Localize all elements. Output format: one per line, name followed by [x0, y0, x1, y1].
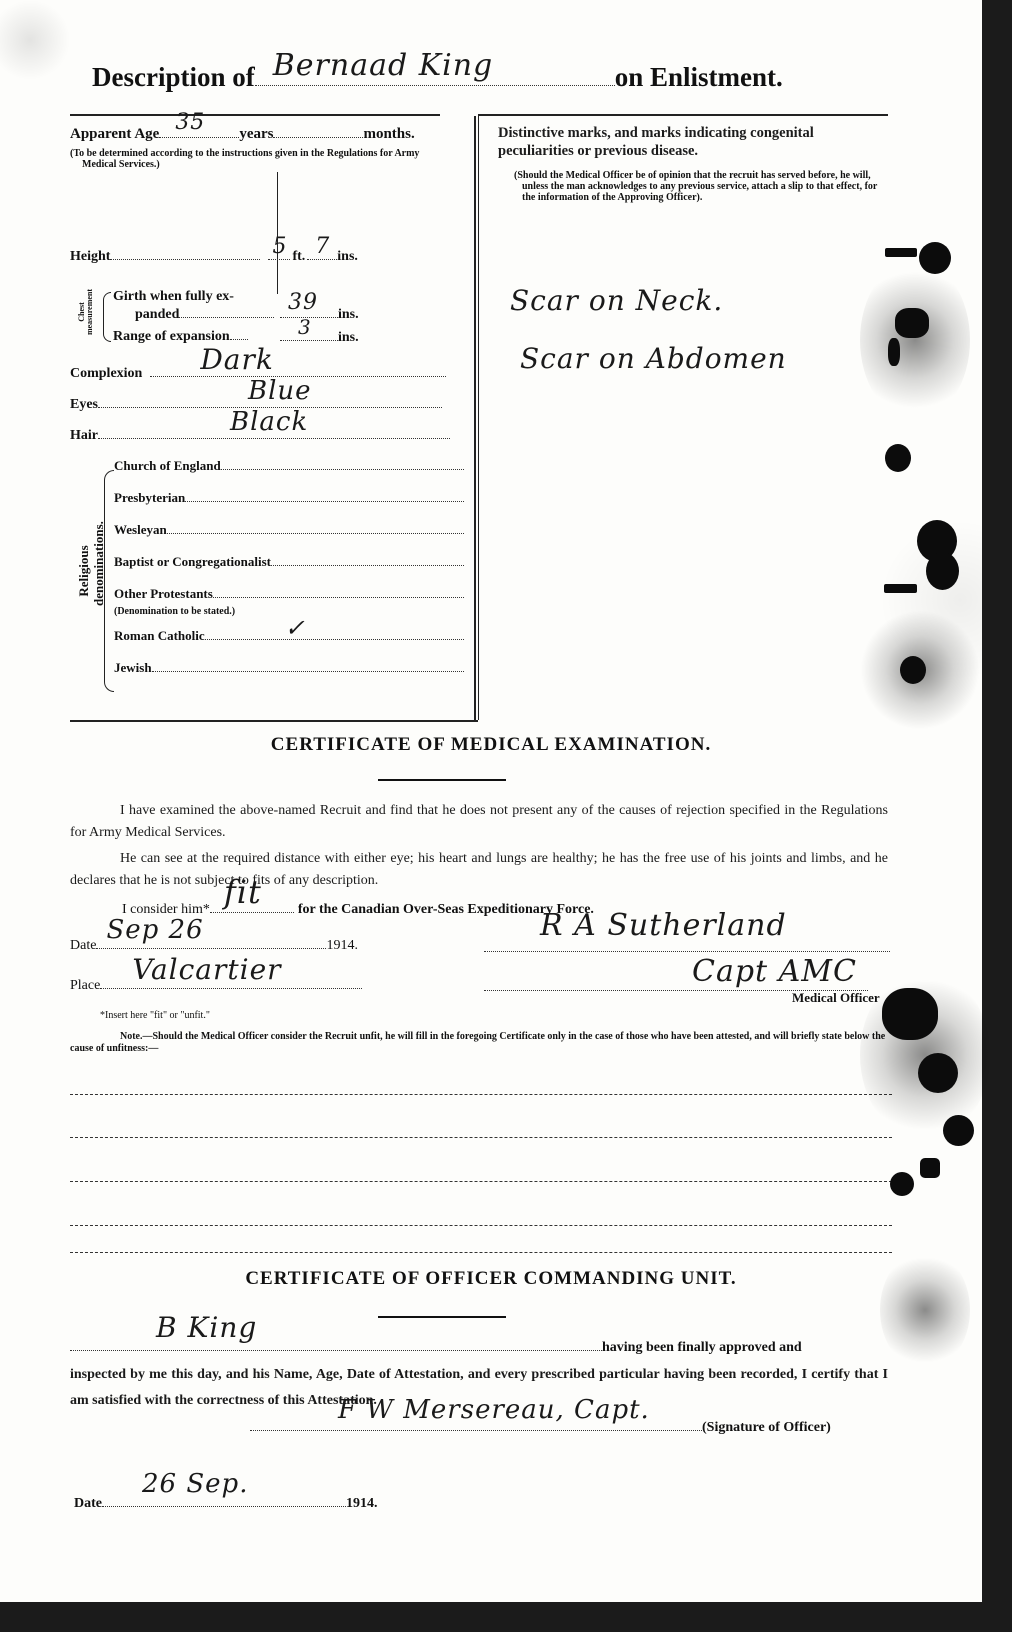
commanding-title-rule [378, 1316, 506, 1318]
years-label: years [239, 126, 273, 143]
religion-option: Jewish [114, 660, 464, 676]
medical-year: 1914. [326, 938, 358, 954]
religion-option-label: Other Protestants [114, 586, 213, 602]
age-field: 35 [159, 124, 239, 138]
religion-option-field [213, 588, 464, 598]
place-row: Place Valcartier [70, 978, 362, 994]
hair-row: Hair Black [70, 428, 450, 444]
unfitness-line-3 [70, 1181, 892, 1182]
apparent-age-row: Apparent Age 35 years months. [70, 124, 415, 143]
age-value: 35 [175, 110, 205, 135]
religion-option: Presbyterian [114, 490, 464, 506]
height-ft-value: 5 [272, 234, 287, 259]
religion-option: Baptist or Congregationalist [114, 554, 464, 570]
range-value-row: 3 ins. [280, 329, 359, 346]
age-note: (To be determined according to the instr… [70, 148, 450, 170]
insert-note: *Insert here "fit" or "unfit." [100, 1010, 210, 1021]
left-bottom-rule [70, 720, 478, 722]
medical-officer-signature: R A Sutherland [540, 908, 787, 943]
place-label: Place [70, 978, 100, 994]
height-label: Height [70, 249, 110, 265]
top-rule-right [478, 114, 888, 116]
religion-option: Other Protestants [114, 586, 464, 602]
column-divider-inner [478, 116, 479, 720]
recruit-name-value: Bernaad King [273, 48, 494, 83]
religion-option-field [271, 556, 464, 566]
girth-dots [179, 308, 274, 318]
title-suffix: on Enlistment. [615, 62, 783, 92]
religion-option-field [221, 460, 464, 470]
height-row: Height 5 ft. 7 ins. [70, 248, 358, 265]
distinctive-mark-entry: Scar on Abdomen [520, 342, 787, 375]
religion-option-label: Jewish [114, 660, 152, 676]
hair-field: Black [98, 429, 450, 439]
measure-divider [277, 172, 278, 294]
unfitness-line-1 [70, 1094, 892, 1095]
height-dots [110, 248, 260, 260]
religion-option-label: Church of England [114, 458, 221, 474]
signature-of-officer-label: (Signature of Officer) [702, 1420, 831, 1436]
chest-group-label: Chest measurement [78, 282, 94, 342]
height-ft-field: 5 [268, 248, 290, 260]
medical-officer-rank: Capt AMC [692, 954, 857, 989]
months-field [273, 124, 363, 138]
fitness-value: fit [224, 873, 262, 911]
medical-date-value: Sep 26 [106, 915, 203, 945]
religion-option-label: Presbyterian [114, 490, 185, 506]
religion-option: Church of England [114, 458, 464, 474]
recruit-signature-field: B King [70, 1341, 602, 1351]
unfitness-line-2 [70, 1137, 892, 1138]
other-protestants-note: (Denomination to be stated.) [114, 606, 235, 617]
officer-signature: F W Mersereau, Capt. [338, 1395, 650, 1425]
months-label: months. [363, 126, 414, 143]
place-value: Valcartier [132, 953, 281, 986]
unfitness-line-5 [70, 1252, 892, 1253]
girth-value: 39 [288, 290, 318, 315]
chest-label-group: Chest measurement [70, 282, 100, 342]
medical-certificate-title: CERTIFICATE OF MEDICAL EXAMINATION. [0, 734, 982, 756]
commanding-certificate-title: CERTIFICATE OF OFFICER COMMANDING UNIT. [0, 1268, 982, 1290]
girth-ins-label: ins. [338, 307, 359, 323]
religion-option-field [152, 662, 464, 672]
medical-date-field: Sep 26 [96, 939, 326, 949]
commanding-date-label: Date [74, 1496, 102, 1512]
range-dots [230, 330, 248, 340]
officer-signature-field: F W Mersereau, Capt. [250, 1421, 702, 1431]
religion-label-line1: Religious [76, 536, 91, 606]
commanding-date-field: 26 Sep. [102, 1497, 346, 1507]
religion-option: Wesleyan [114, 522, 464, 538]
recruit-name-field: Bernaad King [255, 60, 615, 86]
hair-label: Hair [70, 428, 98, 444]
ins-label: ins. [337, 249, 358, 265]
range-ins-label: ins. [338, 330, 359, 346]
religion-group-label: Religious denominations. [76, 536, 106, 606]
form-title: Description ofBernaad Kingon Enlistment. [92, 60, 783, 93]
religion-option: Roman Catholic✓ [114, 628, 464, 644]
religion-option-label: Wesleyan [114, 522, 167, 538]
unfitness-note: Note.—Should the Medical Officer conside… [70, 1031, 888, 1055]
medical-paragraph-2: He can see at the required distance with… [70, 848, 888, 892]
commanding-year: 1914. [346, 1496, 378, 1512]
religion-option-mark: ✓ [285, 614, 306, 642]
range-value: 3 [298, 315, 312, 339]
religion-option-field: ✓ [205, 630, 464, 640]
medical-title-rule [378, 779, 506, 781]
commanding-date-value: 26 Sep. [142, 1469, 248, 1499]
recruit-approval-row: B King having been finally approved and [70, 1340, 802, 1356]
height-in-field: 7 [307, 248, 337, 260]
unfitness-line-4 [70, 1225, 892, 1226]
range-field: 3 [280, 329, 338, 341]
hair-value: Black [230, 407, 308, 437]
title-prefix: Description of [92, 62, 255, 92]
girth-value-row: 39 ins. [280, 306, 359, 323]
officer-signature-row: F W Mersereau, Capt. (Signature of Offic… [250, 1420, 831, 1436]
distinctive-marks-heading: Distinctive marks, and marks indicating … [498, 124, 888, 160]
fitness-field: fit [210, 903, 294, 913]
chest-brace [103, 292, 111, 342]
eyes-value: Blue [248, 376, 312, 406]
complexion-value: Dark [200, 343, 274, 376]
distinctive-marks-note: (Should the Medical Officer be of opinio… [498, 170, 888, 203]
height-in-value: 7 [315, 234, 330, 259]
ft-label: ft. [292, 249, 305, 265]
top-rule-left [70, 114, 440, 116]
medical-date-row: Date Sep 26 1914. [70, 938, 358, 954]
approval-text-line1: having been finally approved and [602, 1340, 802, 1356]
apparent-age-label: Apparent Age [70, 126, 159, 143]
place-field: Valcartier [100, 979, 362, 989]
recruit-signature: B King [156, 1311, 257, 1344]
medical-date-label: Date [70, 938, 96, 954]
religion-option-field [185, 492, 464, 502]
religion-option-field [167, 524, 464, 534]
eyes-label: Eyes [70, 397, 98, 413]
enlistment-form-page: Description ofBernaad Kingon Enlistment.… [0, 0, 982, 1602]
religion-option-label: Roman Catholic [114, 628, 205, 644]
column-divider [474, 116, 476, 720]
distinctive-mark-entry: Scar on Neck. [510, 284, 723, 317]
complexion-label: Complexion [70, 366, 142, 382]
commanding-date-row: Date 26 Sep. 1914. [74, 1496, 378, 1512]
girth-label: Girth when fully ex- panded [113, 288, 274, 324]
religion-brace [104, 470, 114, 692]
girth-label-line2: panded [135, 307, 179, 322]
medical-paragraph-1: I have examined the above-named Recruit … [70, 800, 888, 844]
medical-signature-line [484, 951, 890, 952]
girth-label-line1: Girth when fully ex- [113, 288, 274, 306]
religion-option-label: Baptist or Congregationalist [114, 554, 271, 570]
medical-officer-label: Medical Officer [792, 990, 880, 1006]
